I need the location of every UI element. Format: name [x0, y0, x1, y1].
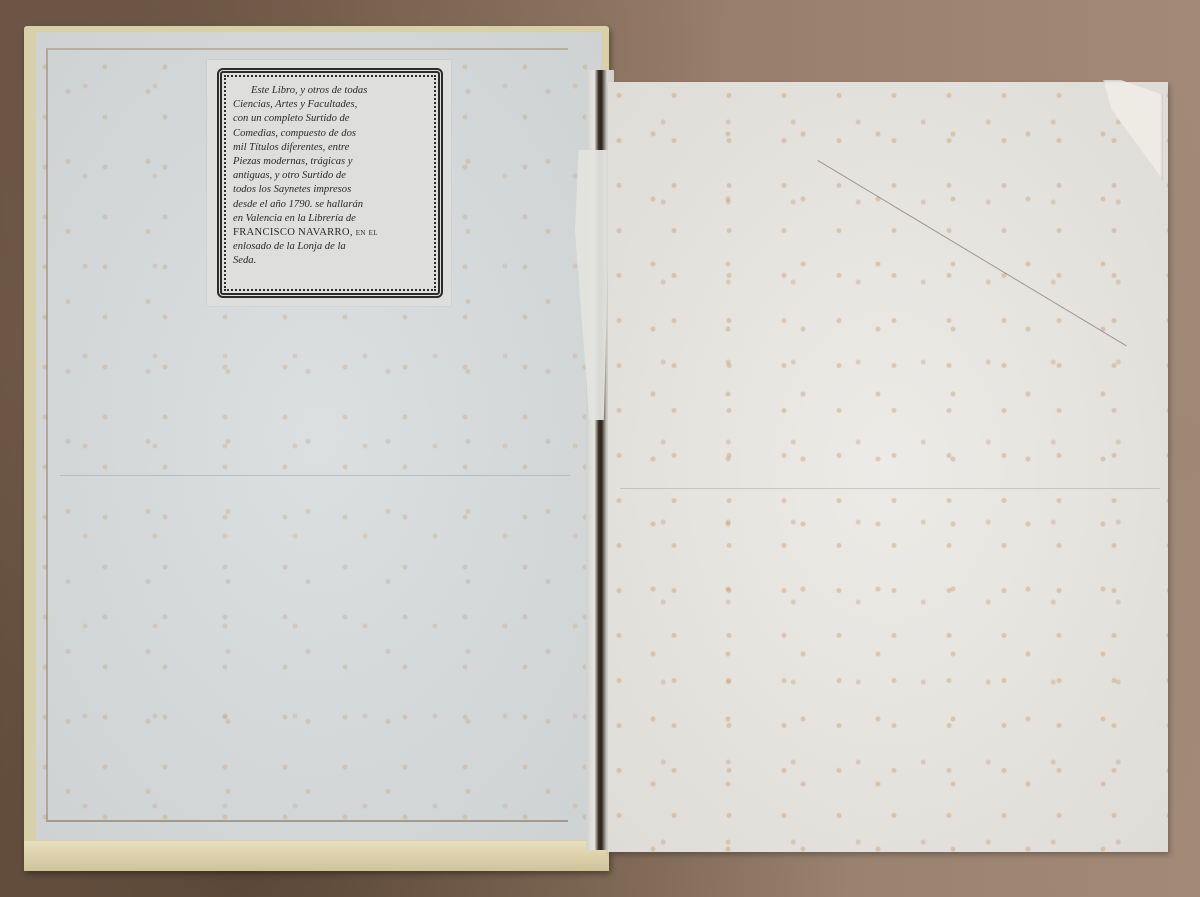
label-line: Ciencias, Artes y Facultades, [233, 98, 433, 112]
label-text: Este Libro, y otros de todas Ciencias, A… [233, 84, 433, 269]
label-line: desde el año 1790. se hallarán [233, 198, 433, 212]
left-fold-line [60, 475, 570, 476]
label-line: mil Títulos diferentes, entre [233, 141, 433, 155]
book-photo: Este Libro, y otros de todas Ciencias, A… [0, 0, 1200, 897]
label-line: con un completo Surtido de [233, 112, 433, 126]
label-line: Este Libro, y otros de todas [233, 84, 433, 98]
bookseller-label: Este Libro, y otros de todas Ciencias, A… [207, 60, 451, 306]
label-line: antiguas, y otro Surtido de [233, 169, 433, 183]
label-line: enlosado de la Lonja de la [233, 240, 433, 254]
label-line: Piezas modernas, trágicas y [233, 155, 433, 169]
label-line: FRANCISCO NAVARRO, en el [233, 226, 433, 240]
label-line: en Valencia en la Librería de [233, 212, 433, 226]
vellum-turn-in [24, 841, 609, 871]
label-line: todos los Saynetes impresos [233, 183, 433, 197]
right-fold-line [620, 488, 1160, 489]
right-endpaper [608, 82, 1168, 852]
label-line: Seda. [233, 254, 433, 268]
label-line: Comedias, compuesto de dos [233, 127, 433, 141]
